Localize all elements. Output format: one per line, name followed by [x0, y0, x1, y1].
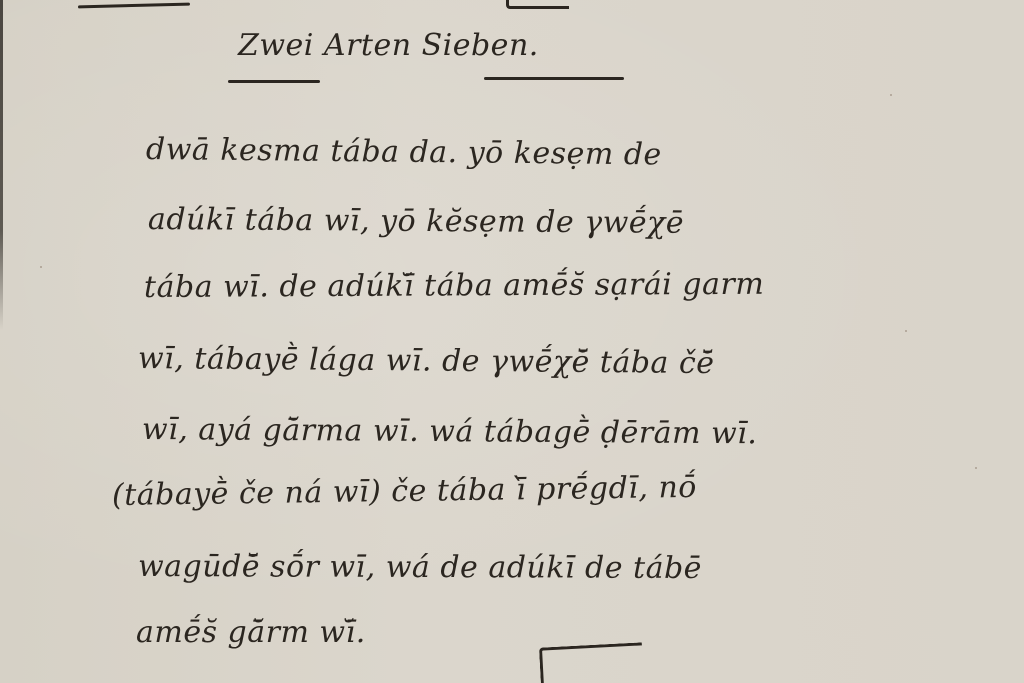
- title-underline: [484, 77, 624, 80]
- previous-text-stroke: [506, 0, 569, 9]
- text-line-6: (tábayḕ če ná wī) če tába ī̀ prḗgdī, nṓ: [112, 470, 697, 513]
- next-line-stroke: [539, 642, 644, 683]
- text-line-4: wī, tábayḕ lága wī. de γwḗχē̆ tába čē̆: [138, 341, 715, 381]
- text-line-1: dwā kesma tába da. yō kesẹm de: [146, 132, 662, 172]
- paper-speck: [975, 467, 977, 469]
- top-divider-stroke: [78, 3, 190, 9]
- paper-speck: [890, 94, 892, 96]
- text-line-8: amḗs̆ gā̆rm wī̆.: [136, 615, 366, 650]
- manuscript-page: Zwei Arten Sieben. dwā kesma tába da. yō…: [0, 0, 1024, 683]
- text-line-3: tába wī. de adúkī̆ tába amḗs̆ sạrái garm: [144, 267, 764, 305]
- paper-speck: [905, 330, 907, 332]
- page-binding-edge: [0, 0, 3, 330]
- page-title: Zwei Arten Sieben.: [238, 28, 539, 63]
- text-line-2: adúkī tába wī, yō kĕsẹm de γwḗχē: [148, 202, 684, 241]
- title-underline: [228, 80, 320, 83]
- paper-speck: [40, 266, 42, 268]
- text-line-5: wī, ayá gā̆rma wī. wá tábagḕ ḍērām wī.: [142, 412, 758, 451]
- text-line-7: wagūdē̆ sṓr wī, wá de adúkī de tábē: [138, 549, 702, 586]
